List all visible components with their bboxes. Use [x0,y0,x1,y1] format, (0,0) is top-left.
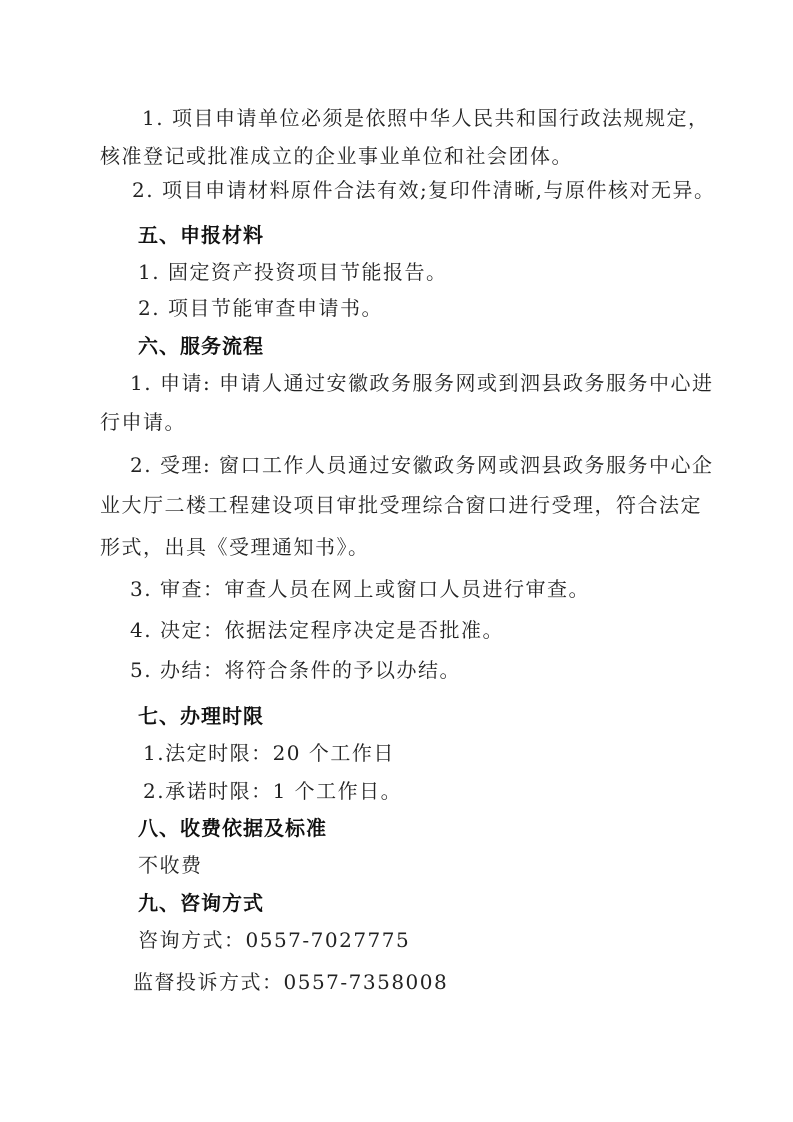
section-5-item-1: 1. 固定资产投资项目节能报告。 [138,260,447,284]
section-6-heading: 六、服务流程 [138,334,264,358]
step-1-line-2: 行申请。 [100,410,186,434]
condition-1-line-1: 1. 项目申请单位必须是依照中华人民共和国行政法规规定， [142,106,709,130]
condition-2: 2. 项目申请材料原件合法有效;复印件清晰,与原件核对无异。 [132,178,716,202]
complaint-phone: 监督投诉方式：0557-7358008 [133,970,448,994]
step-1-line-1: 1. 申请: 申请人通过安徽政务服务网或到泗县政务服务中心进 [130,371,714,395]
section-7-item-2: 2.承诺时限：1 个工作日。 [143,779,402,803]
section-5-item-2: 2. 项目节能审查申请书。 [138,296,383,320]
condition-1-line-2: 核准登记或批准成立的企业事业单位和社会团体。 [100,144,573,168]
step-2-line-3: 形式，出具《受理通知书》。 [100,535,370,559]
section-5-heading: 五、申报材料 [138,223,264,247]
section-7-heading: 七、办理时限 [138,704,264,728]
section-7-item-1: 1.法定时限：20 个工作日 [143,741,395,765]
consult-phone: 咨询方式：0557-7027775 [138,928,410,952]
step-2-line-1: 2. 受理: 窗口工作人员通过安徽政务网或泗县政务服务中心企 [130,453,714,477]
section-9-heading: 九、咨询方式 [138,891,264,915]
fee-text: 不收费 [138,853,203,877]
step-3: 3. 审查：审查人员在网上或窗口人员进行审查。 [130,577,590,601]
step-4: 4. 决定：依据法定程序决定是否批准。 [130,618,504,642]
section-8-heading: 八、收费依据及标准 [138,816,327,840]
step-2-line-2: 业大厅二楼工程建设项目审批受理综合窗口进行受理，符合法定 [100,493,702,517]
step-5: 5. 办结：将符合条件的予以办结。 [130,658,461,682]
